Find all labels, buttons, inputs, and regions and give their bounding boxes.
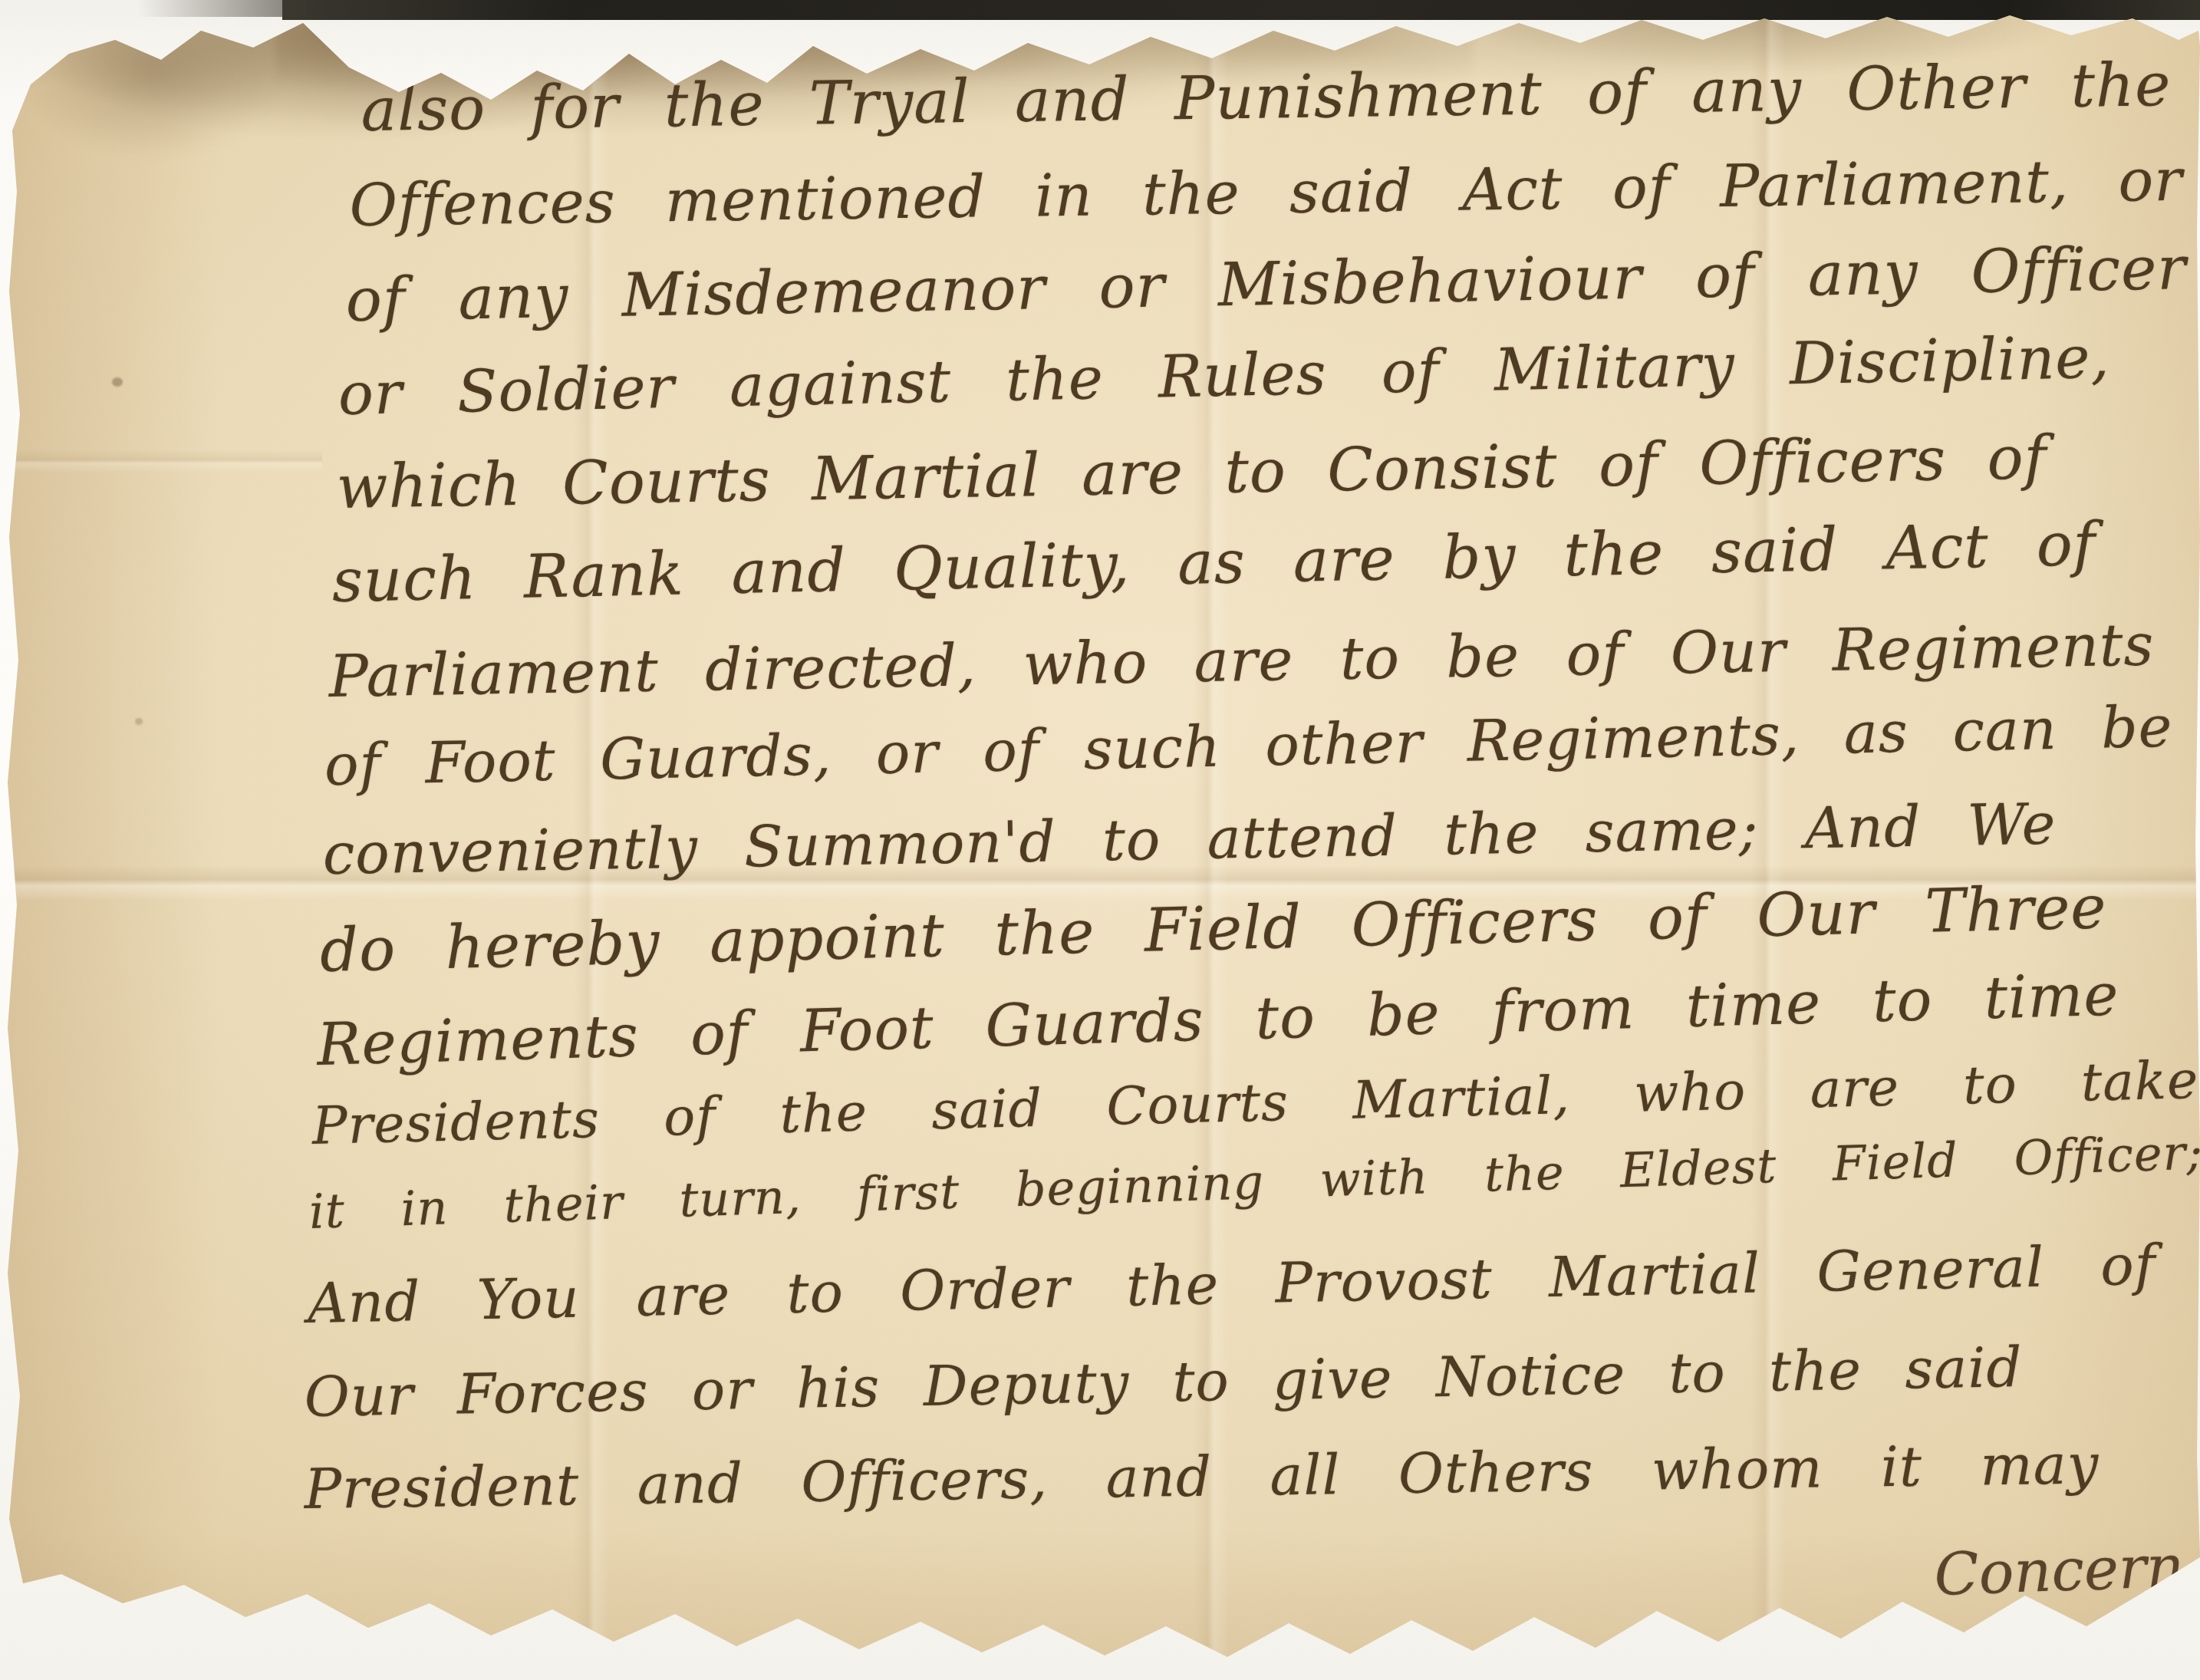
manuscript-line: And You are to Order the Provost Martial… xyxy=(307,1234,2156,1336)
closing-word: Concern xyxy=(1933,1532,2185,1609)
scanned-page: also for the Tryal and Punishment of any… xyxy=(0,0,2200,1680)
manuscript-line: President and Officers, and all Others w… xyxy=(304,1432,2100,1520)
manuscript-line: Parliament directed, who are to be of Ou… xyxy=(328,611,2155,710)
manuscript-line: also for the Tryal and Punishment of any… xyxy=(361,51,2172,146)
manuscript-line: or Soldier against the Rules of Military… xyxy=(338,324,2110,428)
manuscript-line: such Rank and Quality, as are by the sai… xyxy=(331,511,2096,617)
scanner-edge-strip xyxy=(282,0,2200,20)
scanner-edge-fade xyxy=(138,0,307,17)
ink-spot xyxy=(135,718,143,725)
ink-spot xyxy=(112,377,123,387)
manuscript-line: of Foot Guards, or of such other Regimen… xyxy=(324,695,2173,799)
horizontal-fold-crease xyxy=(0,450,322,473)
manuscript-line: Offences mentioned in the said Act of Pa… xyxy=(349,147,2183,239)
manuscript-line: of any Misdemeanor or Misbehaviour of an… xyxy=(345,235,2187,336)
manuscript-line: Our Forces or his Deputy to give Notice … xyxy=(304,1336,2023,1429)
corner-stain xyxy=(0,8,338,222)
manuscript-paper: also for the Tryal and Punishment of any… xyxy=(0,0,2200,1680)
manuscript-line: conveniently Summon'd to attend the same… xyxy=(322,792,2057,888)
manuscript-line: which Courts Martial are to Consist of O… xyxy=(336,424,2047,523)
